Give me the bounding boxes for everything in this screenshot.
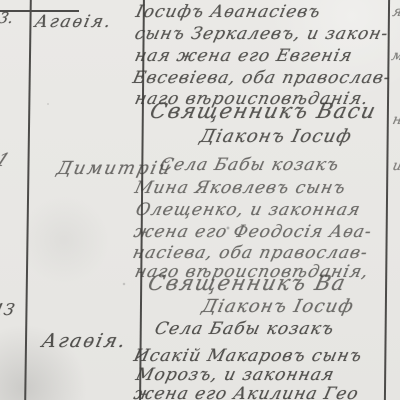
name-column-entry: Агаѳія. [33,14,114,31]
parents-text-line: Іосифъ Аѳанасіевъ [134,4,322,21]
parents-text-line: Исакій Макаровъ сынъ [132,348,364,365]
parents-text-line: ная жена его Евгенія [133,48,354,65]
parents-text-line: насіева, оба православ- [131,245,369,262]
margin-text-fragment: м [390,49,400,63]
name-column-entry: Агаѳія. [40,332,129,351]
clergy-signature-line: Священникъ Васи [148,101,379,122]
margin-text-fragment: и [391,159,400,173]
parents-text-line: Евсевіева, оба православ- [131,70,392,87]
parents-text-line: Олещенко, и законная [134,202,362,219]
column-rule-right [384,0,390,400]
parents-text-line: Села Бабы козакъ [153,321,336,338]
margin-text-fragment: я [391,5,400,19]
parents-text-line: жена его Феодосія Аѳа- [132,224,374,241]
parents-text-line: Мина Яковлевъ сынъ [133,180,347,197]
clergy-signature-line: Священникъ Ва [146,273,348,294]
entry-number: 1З [0,302,16,318]
document-scan: 3. Агаѳія. Іосифъ Аѳанасіевъ сынъ Зеркал… [0,0,400,400]
margin-text-fragment: н [391,113,400,127]
column-rule-number-name [24,0,31,400]
parents-text-line: сынъ Зеркалевъ, и закон- [133,26,390,43]
parents-text-line: Села Бабы козакъ [158,157,341,174]
parents-text-line: Морозъ, и законная [134,367,336,384]
clergy-signature-line: Діаконъ Іосиф [198,128,354,146]
parents-text-line: жена его Акилина Гео [132,386,360,400]
name-column-entry: Димитрій [55,160,174,178]
entry-number: 1 [0,152,12,170]
entry-number: 3. [0,11,15,26]
clergy-signature-line: Діаконъ Іосиф [200,298,356,316]
